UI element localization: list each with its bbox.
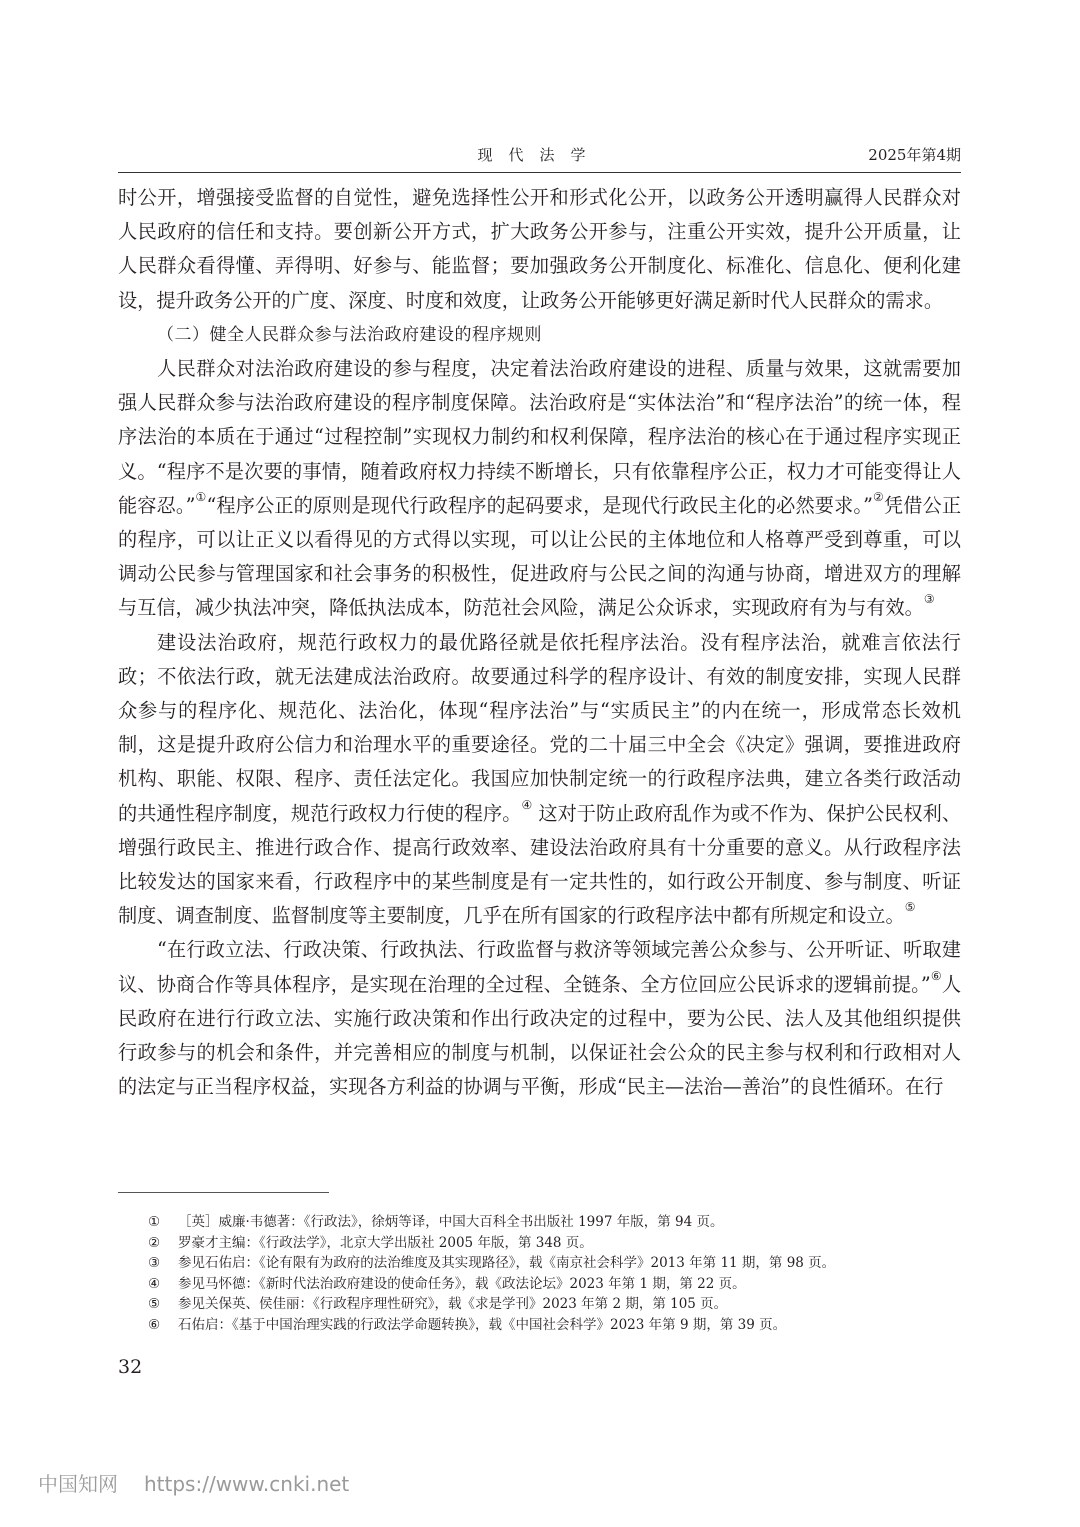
footnote-text: 罗豪才主编：《行政法学》，北京大学出版社 2005 年版，第 348 页。: [178, 1235, 593, 1251]
paragraph-3-text-a: 建设法治政府，规范行政权力的最优路径就是依托程序法治。没有程序法治，就难言依法行…: [118, 631, 961, 825]
footnote-mark: ②: [148, 1233, 178, 1254]
paragraph-3: 建设法治政府，规范行政权力的最优路径就是依托程序法治。没有程序法治，就难言依法行…: [118, 626, 961, 934]
footnote-mark: ⑥: [148, 1315, 178, 1336]
footnotes: ①［英］威廉·韦德著：《行政法》，徐炳等译，中国大百科全书出版社 1997 年版…: [148, 1212, 948, 1335]
footnote-6: ⑥石佑启：《基于中国治理实践的行政法学命题转换》，载《中国社会科学》2023 年…: [148, 1315, 948, 1336]
header-rule: [118, 172, 961, 173]
section-subheading: （二）健全人民群众参与法治政府建设的程序规则: [118, 318, 961, 352]
watermark-brand: 中国知网: [38, 1472, 118, 1496]
footnote-3: ③参见石佑启：《论有限有为政府的法治维度及其实现路径》，载《南京社会科学》201…: [148, 1253, 948, 1274]
footnote-text: ［英］威廉·韦德著：《行政法》，徐炳等译，中国大百科全书出版社 1997 年版，…: [178, 1214, 724, 1230]
paper-page: 现代法学 2025年第4期 时公开，增强接受监督的自觉性，避免选择性公开和形式化…: [0, 0, 1080, 1527]
page-number: 32: [118, 1356, 142, 1378]
footnote-mark: ⑤: [148, 1294, 178, 1315]
footnote-text: 参见关保英、侯佳丽：《行政程序理性研究》，载《求是学刊》2023 年第 2 期，…: [178, 1296, 727, 1312]
footnote-ref-5[interactable]: ⑤: [905, 900, 916, 914]
footnote-text: 参见石佑启：《论有限有为政府的法治维度及其实现路径》，载《南京社会科学》2013…: [178, 1255, 835, 1271]
footnote-text: 参见马怀德：《新时代法治政府建设的使命任务》，载《政法论坛》2023 年第 1 …: [178, 1276, 746, 1292]
journal-name: 现代法学: [118, 144, 961, 165]
footnote-2: ②罗豪才主编：《行政法学》，北京大学出版社 2005 年版，第 348 页。: [148, 1233, 948, 1254]
paragraph-4: “在行政立法、行政决策、行政执法、行政监督与救济等领域完善公众参与、公开听证、听…: [118, 933, 961, 1104]
footnote-ref-3[interactable]: ③: [924, 592, 935, 606]
footnote-rule: [118, 1192, 329, 1193]
footnote-text: 石佑启：《基于中国治理实践的行政法学命题转换》，载《中国社会科学》2023 年第…: [178, 1317, 786, 1333]
watermark: 中国知网https://www.cnki.net: [38, 1468, 349, 1497]
footnote-mark: ①: [148, 1212, 178, 1233]
paragraph-2-text-b: “程序公正的原则是现代行政程序的起码要求，是现代行政民主化的必然要求。”: [206, 494, 872, 517]
footnote-mark: ③: [148, 1253, 178, 1274]
running-head: 现代法学 2025年第4期: [118, 144, 961, 168]
footnote-ref-6[interactable]: ⑥: [931, 969, 942, 983]
footnote-mark: ④: [148, 1274, 178, 1295]
paragraph-2: 人民群众对法治政府建设的参与程度，决定着法治政府建设的进程、质量与效果，这就需要…: [118, 352, 961, 626]
footnote-1: ①［英］威廉·韦德著：《行政法》，徐炳等译，中国大百科全书出版社 1997 年版…: [148, 1212, 948, 1233]
body-text: 时公开，增强接受监督的自觉性，避免选择性公开和形式化公开，以政务公开透明赢得人民…: [118, 181, 961, 1104]
watermark-url[interactable]: https://www.cnki.net: [144, 1472, 349, 1496]
footnote-ref-1[interactable]: ①: [195, 490, 206, 504]
footnote-ref-2[interactable]: ②: [873, 490, 884, 504]
paragraph-1: 时公开，增强接受监督的自觉性，避免选择性公开和形式化公开，以政务公开透明赢得人民…: [118, 181, 961, 318]
footnote-4: ④参见马怀德：《新时代法治政府建设的使命任务》，载《政法论坛》2023 年第 1…: [148, 1274, 948, 1295]
issue-label: 2025年第4期: [868, 144, 961, 165]
footnote-ref-4[interactable]: ④: [521, 798, 532, 812]
paragraph-4-text-a: “在行政立法、行政决策、行政执法、行政监督与救济等领域完善公众参与、公开听证、听…: [118, 938, 961, 995]
footnote-5: ⑤参见关保英、侯佳丽：《行政程序理性研究》，载《求是学刊》2023 年第 2 期…: [148, 1294, 948, 1315]
